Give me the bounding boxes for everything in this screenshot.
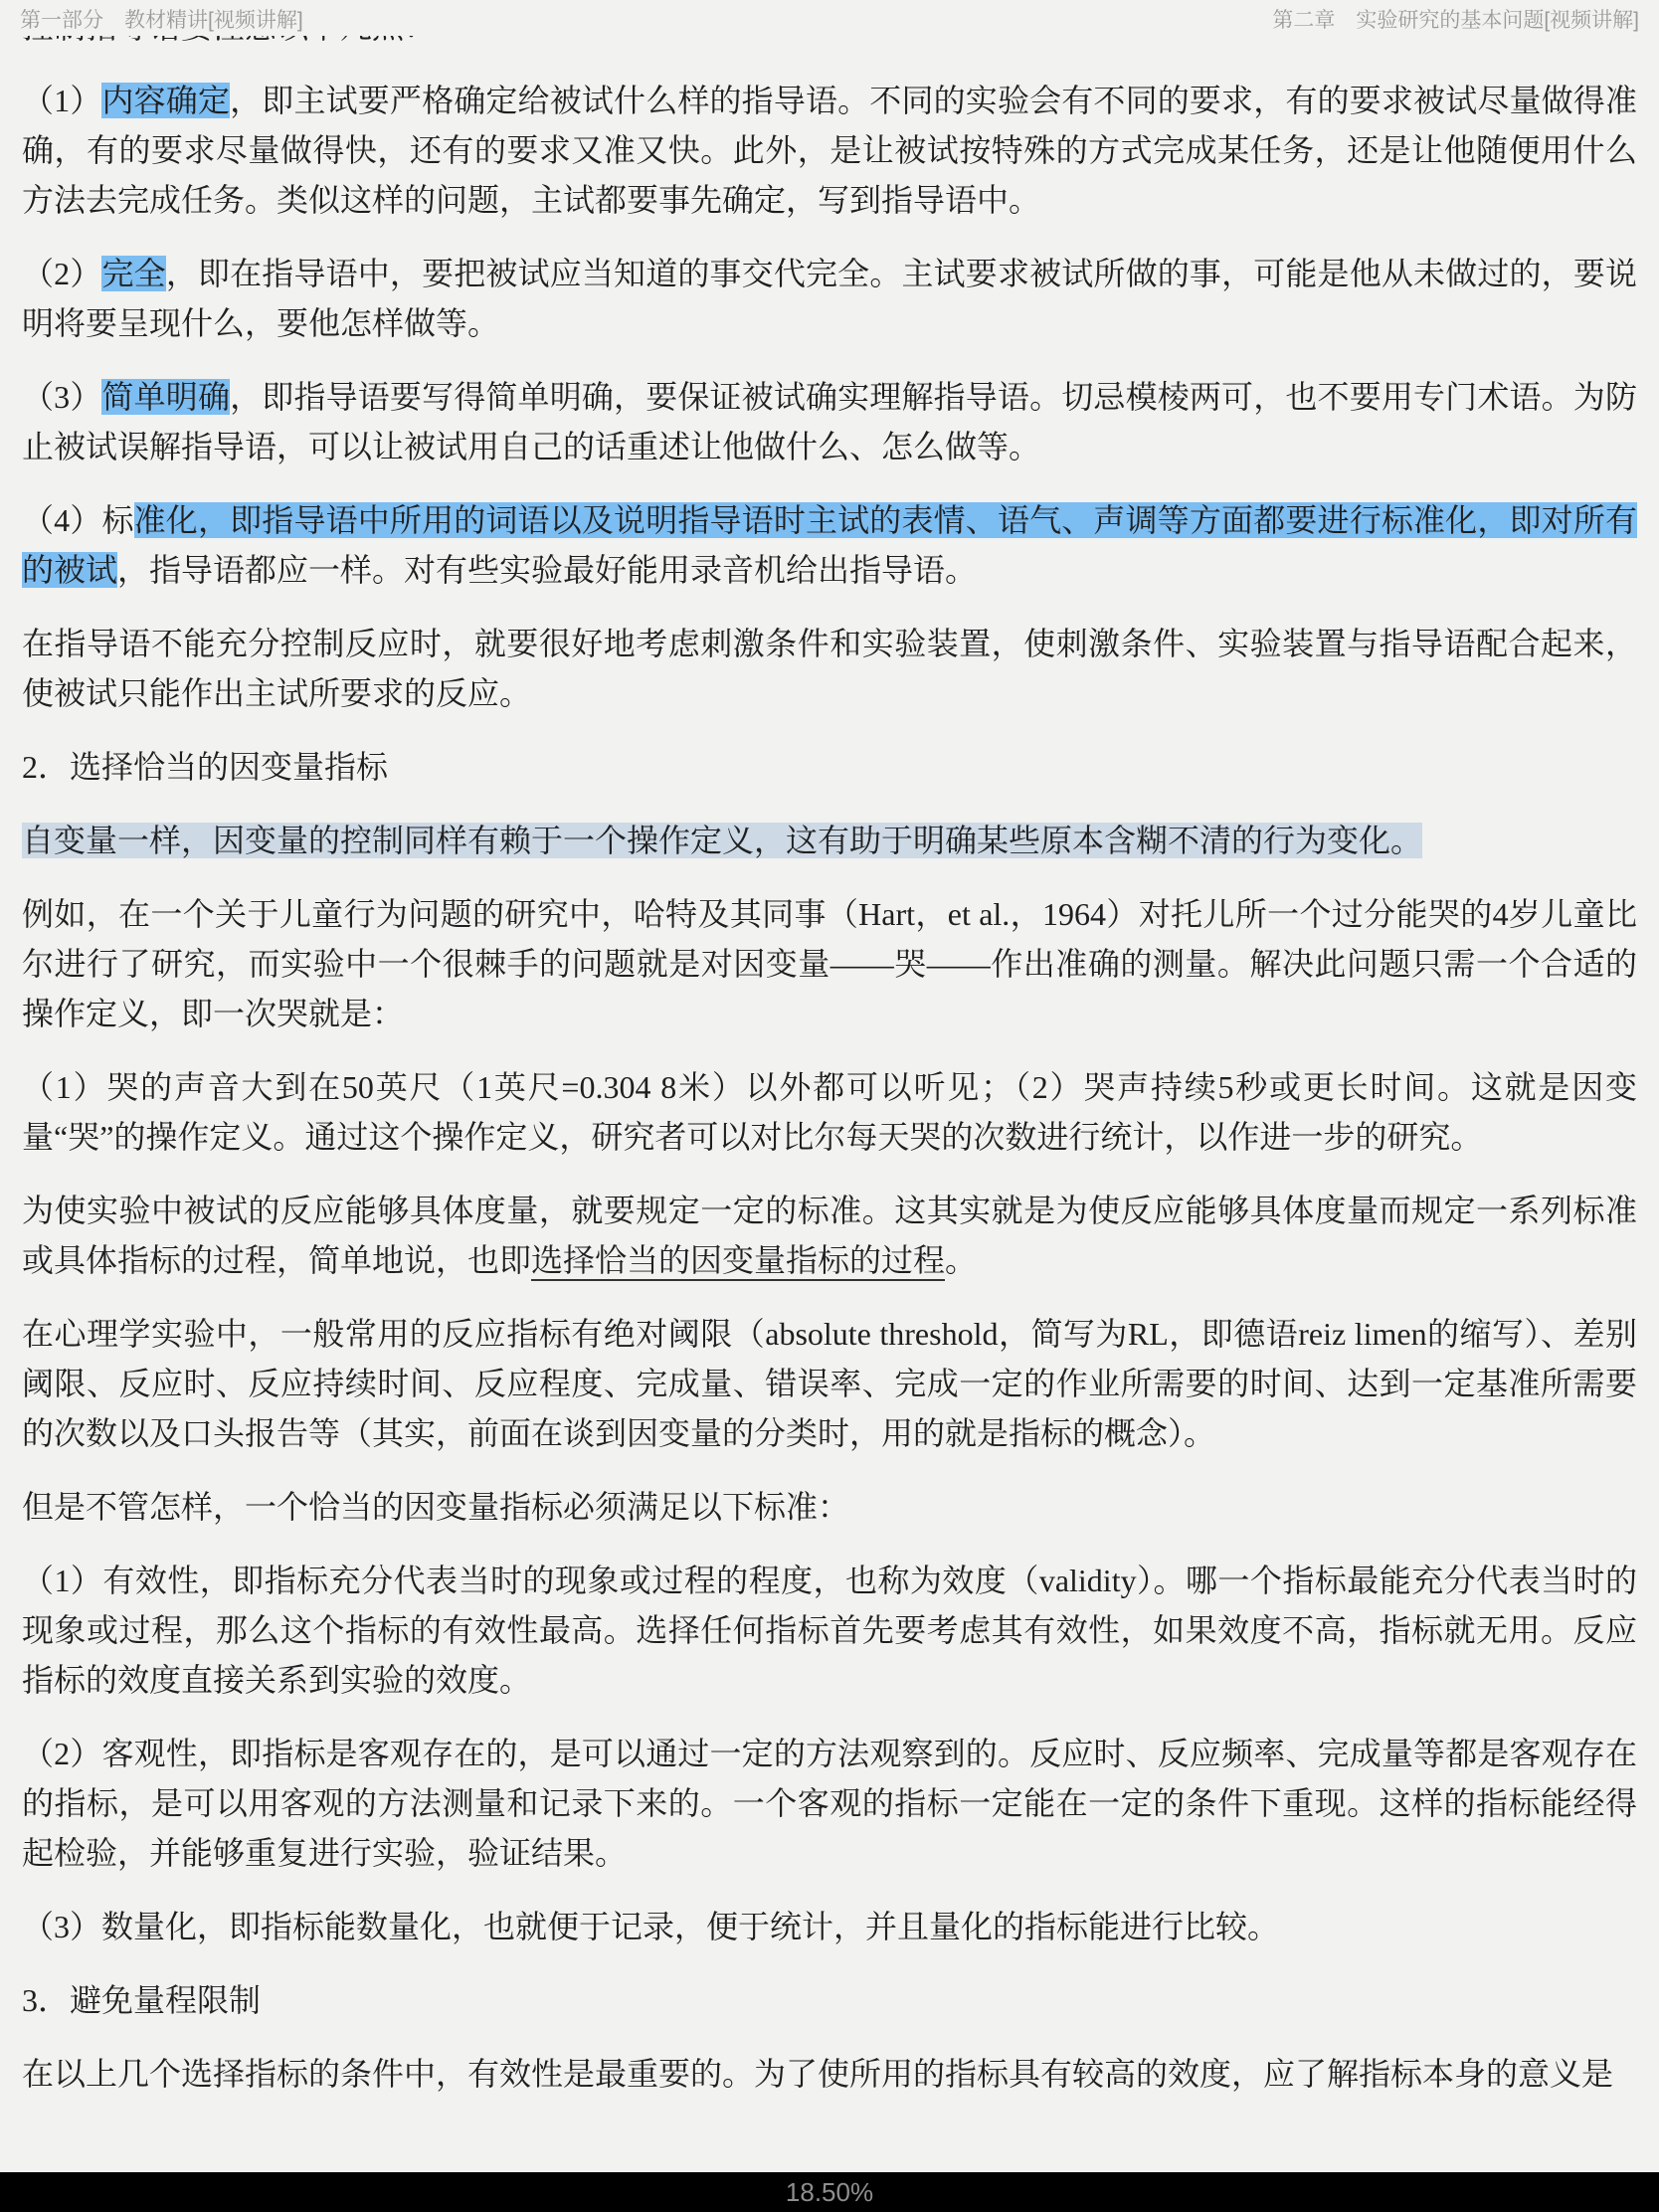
clipped-text-inner: 控制指导语要注意以下几点：: [22, 36, 1637, 52]
highlight-blue[interactable]: 内容确定: [101, 83, 230, 118]
text-run: 在指导语不能充分控制反应时，就要很好地考虑刺激条件和实验装置，使刺激条件、实验装…: [22, 626, 1637, 711]
paragraph: （2）完全，即在指导语中，要把被试应当知道的事交代完全。主试要求被试所做的事，可…: [22, 249, 1637, 348]
highlight-blue[interactable]: 完全: [101, 256, 165, 291]
text-run: （3）: [22, 379, 101, 415]
paragraph: 自变量一样，因变量的控制同样有赖于一个操作定义，这有助于明确某些原本含糊不清的行…: [22, 816, 1637, 865]
paragraph: 在以上几个选择指标的条件中，有效性是最重要的。为了使所用的指标具有较高的效度，应…: [22, 2049, 1637, 2099]
paragraph: （1）有效性，即指标充分代表当时的现象或过程的程度，也称为效度（validity…: [22, 1556, 1637, 1705]
text-run: 在以上几个选择指标的条件中，有效性是最重要的。为了使所用的指标具有较高的效度，应…: [22, 2056, 1613, 2092]
text-run: ，即在指导语中，要把被试应当知道的事交代完全。主试要求被试所做的事，可能是他从未…: [22, 256, 1637, 341]
paragraph: （3）简单明确，即指导语要写得简单明确，要保证被试确实理解指导语。切忌模棱两可，…: [22, 372, 1637, 471]
header-right-breadcrumb: 第二章 实验研究的基本问题[视频讲解]: [1272, 8, 1639, 34]
text-run: 例如，在一个关于儿童行为问题的研究中，哈特及其同事（Hart，et al.，19…: [22, 896, 1637, 1031]
text-run: （1）: [22, 83, 101, 118]
text-run: （2）客观性，即指标是客观存在的，是可以通过一定的方法观察到的。反应时、反应频率…: [22, 1736, 1637, 1871]
paragraph: （4）标准化，即指导语中所用的词语以及说明指导语时主试的表情、语气、声调等方面都…: [22, 495, 1637, 595]
paragraph: （1）哭的声音大到在50英尺（1英尺=0.304 8米）以外都可以听见；（2）哭…: [22, 1062, 1637, 1162]
paragraph: （2）客观性，即指标是客观存在的，是可以通过一定的方法观察到的。反应时、反应频率…: [22, 1729, 1637, 1878]
reader-header: 第一部分 教材精讲[视频讲解] 第二章 实验研究的基本问题[视频讲解]: [0, 0, 1659, 34]
text-run: 控制指导语要注意以下几点：: [22, 36, 436, 45]
section-heading: 3．避免量程限制: [22, 1975, 1637, 2025]
text-run: 但是不管怎样，一个恰当的因变量指标必须满足以下标准：: [22, 1489, 849, 1525]
text-run: （4）标: [22, 502, 134, 538]
text-run: （3）数量化，即指标能数量化，也就便于记录，便于统计，并且量化的指标能进行比较。: [22, 1909, 1279, 1944]
text-run: ，指导语都应一样。对有些实验最好能用录音机给出指导语。: [117, 552, 977, 588]
text-run: （1）有效性，即指标充分代表当时的现象或过程的程度，也称为效度（validity…: [22, 1563, 1637, 1698]
highlight-light[interactable]: 自变量一样，因变量的控制同样有赖于一个操作定义，这有助于明确某些原本含糊不清的行…: [22, 823, 1422, 858]
progress-percentage: 18.50%: [786, 2177, 873, 2208]
header-left-breadcrumb: 第一部分 教材精讲[视频讲解]: [20, 8, 303, 34]
text-run: （1）哭的声音大到在50英尺（1英尺=0.304 8米）以外都可以听见；（2）哭…: [22, 1069, 1637, 1155]
paragraph: 但是不管怎样，一个恰当的因变量指标必须满足以下标准：: [22, 1482, 1637, 1532]
underlined-text: 选择恰当的因变量指标的过程: [531, 1242, 945, 1281]
text-run: 。: [945, 1242, 977, 1278]
text-run: （2）: [22, 256, 101, 291]
highlight-blue[interactable]: 简单明确: [101, 379, 230, 415]
text-run: 2．选择恰当的因变量指标: [22, 749, 388, 785]
paragraph: 在心理学实验中，一般常用的反应指标有绝对阈限（absolute threshol…: [22, 1309, 1637, 1458]
section-heading: 2．选择恰当的因变量指标: [22, 742, 1637, 792]
text-run: ，即指导语要写得简单明确，要保证被试确实理解指导语。切忌模棱两可，也不要用专门术…: [22, 379, 1637, 464]
paragraph: （3）数量化，即指标能数量化，也就便于记录，便于统计，并且量化的指标能进行比较。: [22, 1902, 1637, 1951]
page-content: 控制指导语要注意以下几点：（1）内容确定，即主试要严格确定给被试什么样的指导语。…: [22, 36, 1637, 2122]
reading-progress-bar: 18.50%: [0, 2172, 1659, 2212]
text-run: ，即主试要严格确定给被试什么样的指导语。不同的实验会有不同的要求，有的要求被试尽…: [22, 83, 1637, 218]
text-run: 在心理学实验中，一般常用的反应指标有绝对阈限（absolute threshol…: [22, 1316, 1637, 1451]
paragraph: 为使实验中被试的反应能够具体度量，就要规定一定的标准。这其实就是为使反应能够具体…: [22, 1186, 1637, 1285]
clipped-text-line: 控制指导语要注意以下几点：: [22, 36, 1637, 52]
text-run: 3．避免量程限制: [22, 1982, 261, 2018]
paragraph: （1）内容确定，即主试要严格确定给被试什么样的指导语。不同的实验会有不同的要求，…: [22, 76, 1637, 225]
paragraph: 在指导语不能充分控制反应时，就要很好地考虑刺激条件和实验装置，使刺激条件、实验装…: [22, 619, 1637, 718]
paragraph: 例如，在一个关于儿童行为问题的研究中，哈特及其同事（Hart，et al.，19…: [22, 889, 1637, 1038]
